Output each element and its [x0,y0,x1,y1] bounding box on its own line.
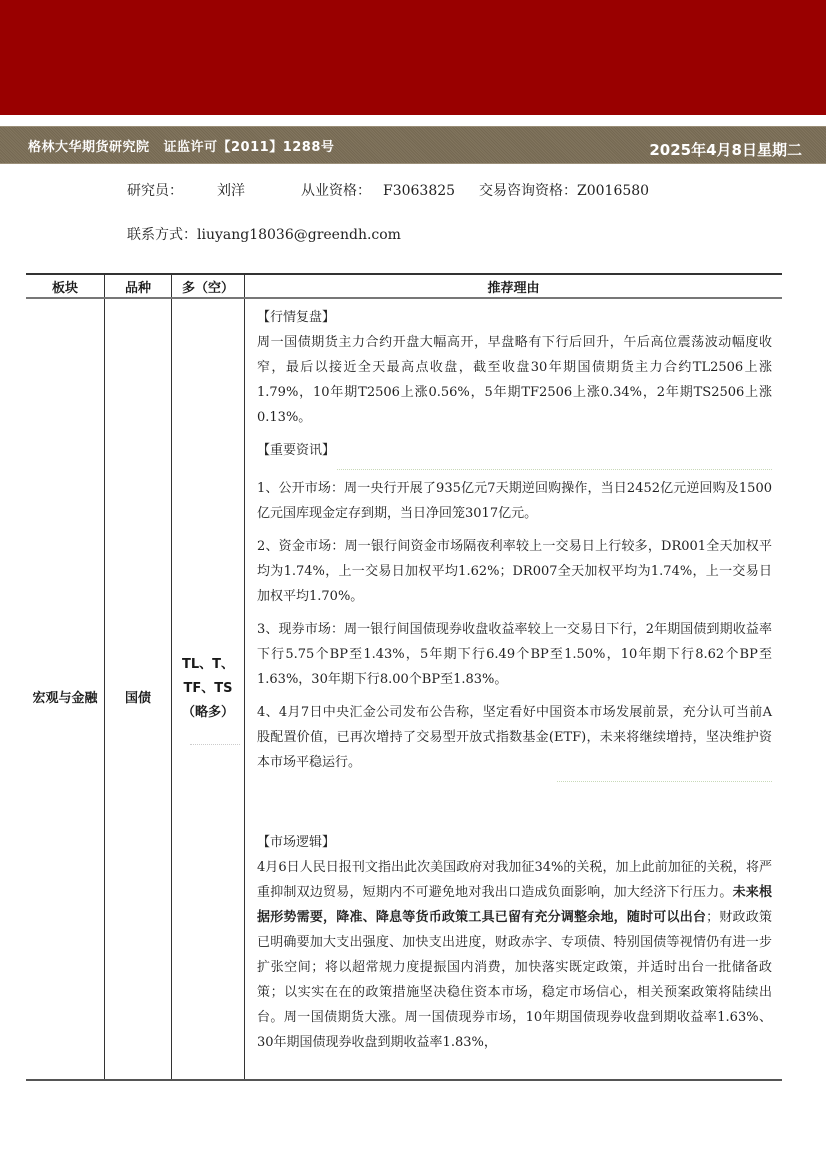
table-header: 板块 品种 多（空） 推荐理由 [26,275,782,299]
news-title: 【重要资讯】 [257,438,772,463]
news-item-1: 1、公开市场：周一央行开展了935亿元7天期逆回购操作，当日2452亿元逆回购及… [257,476,772,526]
contact-email[interactable]: liuyang18036@greendh.com [197,227,401,243]
header-variety: 品种 [105,275,172,297]
researcher-label: 研究员： [127,180,217,200]
qualification-number: F3063825 [383,183,479,199]
dotted-divider [557,781,772,782]
header-direction: 多（空） [172,275,245,297]
cell-sector: 宏观与金融 [26,299,105,1079]
cell-direction: TL、T、 TF、TS （略多） [172,299,245,1079]
researcher-info: 研究员：刘洋从业资格：F3063825交易咨询资格：Z0016580 [127,180,649,200]
review-title: 【行情复盘】 [257,305,772,330]
cell-variety: 国债 [105,299,172,1079]
researcher-name: 刘洋 [217,180,301,200]
org-title: 格林大华期货研究院证监许可【2011】1288号 [28,136,334,155]
consult-number: Z0016580 [577,183,649,199]
consult-label: 交易咨询资格： [479,180,577,200]
review-text: 周一国债期货主力合约开盘大幅高开，早盘略有下行后回升，午后高位震荡波动幅度收窄，… [257,330,772,430]
header-sector: 板块 [26,275,105,297]
news-item-3: 3、现券市场：周一银行间国债现券收盘收益率较上一交易日下行，2年期国债到期收益率… [257,617,772,692]
org-name: 格林大华期货研究院 [28,140,150,155]
org-header-band: 格林大华期货研究院证监许可【2011】1288号 2025年4月8日星期二 [0,126,826,164]
qualification-label: 从业资格： [301,180,383,200]
news-item-2: 2、资金市场：周一银行间资金市场隔夜利率较上一交易日上行较多，DR001全天加权… [257,534,772,609]
direction-line-2: TF、TS [184,677,233,701]
recommendation-table: 板块 品种 多（空） 推荐理由 宏观与金融 国债 TL、T、 TF、TS （略多… [26,273,782,1081]
top-banner [0,0,826,115]
logic-text-a: 4月6日人民日报刊文指出此次美国政府对我加征34%的关税，加上此前加征的关税，将… [257,860,772,900]
dotted-divider [337,469,772,470]
logic-text: 4月6日人民日报刊文指出此次美国政府对我加征34%的关税，加上此前加征的关税，将… [257,855,772,1055]
license-number: 证监许可【2011】1288号 [164,140,335,155]
logic-title: 【市场逻辑】 [257,830,772,855]
direction-line-3: （略多） [182,701,234,725]
direction-line-1: TL、T、 [182,653,234,677]
news-item-4: 4、4月7日中央汇金公司发布公告称，坚定看好中国资本市场发展前景，充分认可当前A… [257,700,772,775]
logic-text-b: ；财政政策已明确要加大支出强度、加快支出进度，财政赤字、专项债、特别国债等视情仍… [257,910,772,1050]
dotted-divider [190,744,240,745]
header-reason: 推荐理由 [245,275,782,297]
cell-reason: 【行情复盘】 周一国债期货主力合约开盘大幅高开，早盘略有下行后回升，午后高位震荡… [245,299,782,1079]
contact-label: 联系方式： [127,224,197,244]
report-date: 2025年4月8日星期二 [649,139,802,160]
contact-info: 联系方式：liuyang18036@greendh.com [127,224,401,244]
table-row: 宏观与金融 国债 TL、T、 TF、TS （略多） 【行情复盘】 周一国债期货主… [26,299,782,1079]
